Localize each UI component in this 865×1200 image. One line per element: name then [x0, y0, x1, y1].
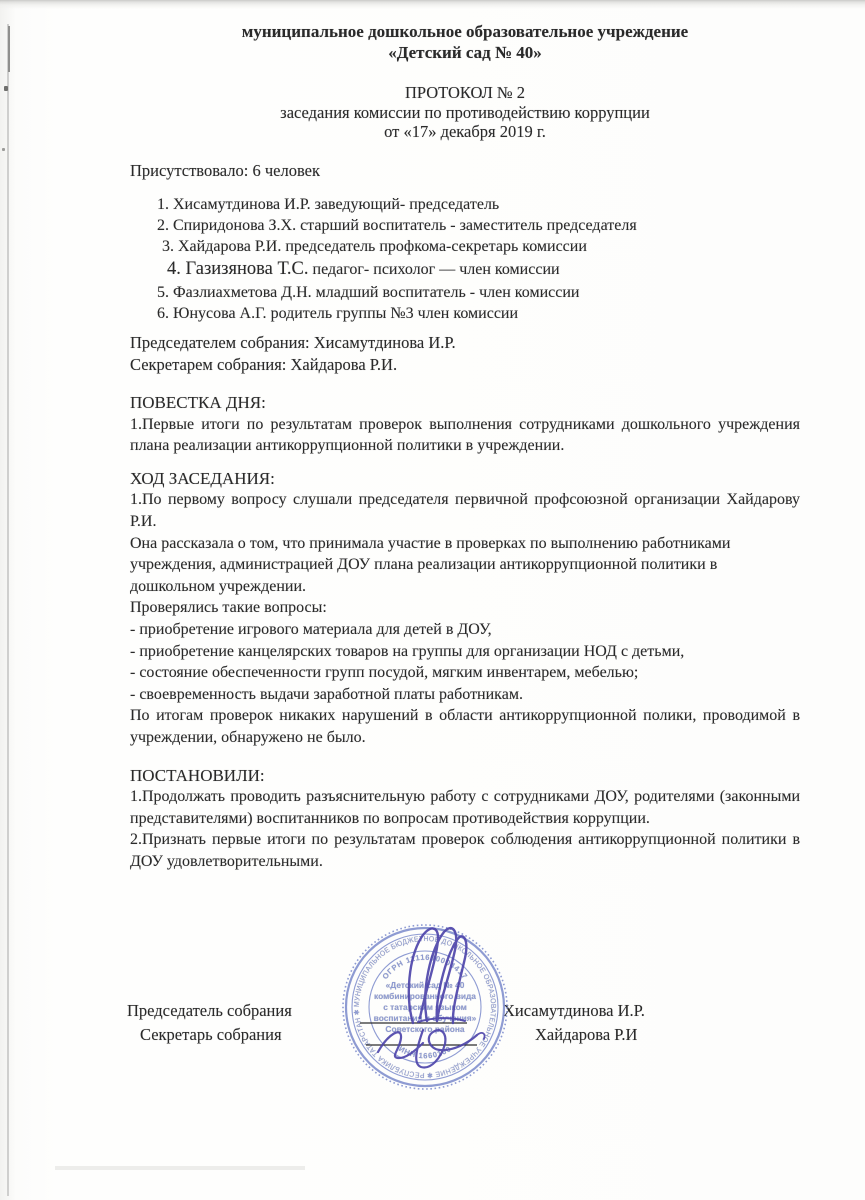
- attendee-role: председатель профкома-секретарь комиссии: [285, 238, 587, 255]
- agenda-item: 1.Первые итоги по результатам проверок в…: [130, 414, 800, 457]
- agenda-heading: ПОВЕСТКА ДНЯ:: [130, 392, 800, 414]
- attendee-name: 6. Юнусова А.Г.: [157, 305, 267, 322]
- resolution-item: 2.Признать первые итоги по результатам п…: [130, 829, 800, 872]
- attendee-name: 3. Хайдарова Р.И.: [162, 238, 281, 255]
- meeting-chairman-line: Председателем собрания: Хисамутдинова И.…: [130, 332, 800, 354]
- attendee-role: старший воспитатель - заместитель предсе…: [300, 217, 637, 234]
- checked-question-item: - приобретение игрового материала для де…: [130, 619, 800, 641]
- attendee-row: 2. Спиридонова З.Х. старший воспитатель …: [157, 215, 800, 236]
- checked-question-item: - своевременность выдачи заработной плат…: [130, 684, 800, 706]
- checked-question-item: - приобретение канцелярских товаров на г…: [130, 641, 800, 663]
- attendee-name: 2. Спиридонова З.Х.: [157, 217, 296, 234]
- organization-name-line1: муниципальное дошкольное образовательное…: [130, 21, 800, 42]
- attendee-row: 6. Юнусова А.Г. родитель группы №3 член …: [157, 303, 800, 324]
- proceedings-paragraph: 1.По первому вопросу слушали председател…: [130, 489, 800, 532]
- scanned-protocol-document: муниципальное дошкольное образовательное…: [0, 0, 865, 1200]
- scan-artifact-left-edge-dark: [8, 26, 10, 72]
- protocol-title-block: ПРОТОКОЛ № 2 заседания комиссии по проти…: [130, 83, 800, 142]
- handwritten-signature-chairman: [409, 928, 466, 1023]
- scan-artifact-speck: [4, 86, 8, 91]
- proceedings-paragraph: Она рассказала о том, что принимала учас…: [130, 533, 800, 598]
- handwritten-signature-secretary: [378, 1030, 485, 1067]
- protocol-date: от «17» декабря 2019 г.: [130, 122, 800, 142]
- scan-artifact-speck: [2, 148, 5, 151]
- attendee-name: 4. Газизянова Т.С.: [167, 259, 309, 279]
- attendee-name: 1. Хисамутдинова И.Р.: [157, 196, 311, 213]
- meeting-officials: Председателем собрания: Хисамутдинова И.…: [130, 332, 800, 376]
- attendee-row: 3. Хайдарова Р.И. председатель профкома-…: [162, 236, 800, 257]
- attendee-name: 5. Фазлиахметова Д.Н.: [157, 284, 312, 301]
- organization-name-line2: «Детский сад № 40»: [130, 42, 800, 63]
- proceedings-conclusion: По итогам проверок никаких нарушений в о…: [130, 705, 800, 748]
- protocol-number: ПРОТОКОЛ № 2: [130, 83, 800, 103]
- scan-artifact-smudge: [55, 1166, 305, 1170]
- attendee-role: родитель группы №3 член комиссии: [271, 305, 518, 322]
- attendee-role: заведующий- председатель: [315, 196, 500, 213]
- scan-artifact-top-edge: [0, 0, 865, 9]
- attendance-count: Присутствовало: 6 человек: [130, 160, 800, 182]
- attendee-row: 4. Газизянова Т.С. педагог- психолог — ч…: [167, 257, 800, 282]
- attendee-role: педагог- психолог — член комиссии: [313, 261, 560, 278]
- attendee-row: 1. Хисамутдинова И.Р. заведующий- предсе…: [157, 194, 800, 215]
- proceedings-paragraph: Проверялись такие вопросы:: [130, 597, 800, 619]
- checked-question-item: - состояние обеспеченности групп посудой…: [130, 662, 800, 684]
- attendee-role: младший воспитатель - член комиссии: [316, 284, 580, 301]
- proceedings-heading: ХОД ЗАСЕДАНИЯ:: [130, 468, 800, 490]
- resolution-item: 1.Продолжать проводить разъяснительную р…: [130, 786, 800, 829]
- signatures-overlay: [0, 900, 865, 1120]
- protocol-subtitle: заседания комиссии по противодействию ко…: [130, 103, 800, 123]
- attendee-row: 5. Фазлиахметова Д.Н. младший воспитател…: [157, 282, 800, 303]
- resolution-heading: ПОСТАНОВИЛИ:: [130, 765, 800, 787]
- document-body: муниципальное дошкольное образовательное…: [0, 0, 865, 873]
- meeting-secretary-line: Секретарем собрания: Хайдарова Р.И.: [130, 354, 800, 376]
- attendees-list: 1. Хисамутдинова И.Р. заведующий- предсе…: [157, 194, 800, 324]
